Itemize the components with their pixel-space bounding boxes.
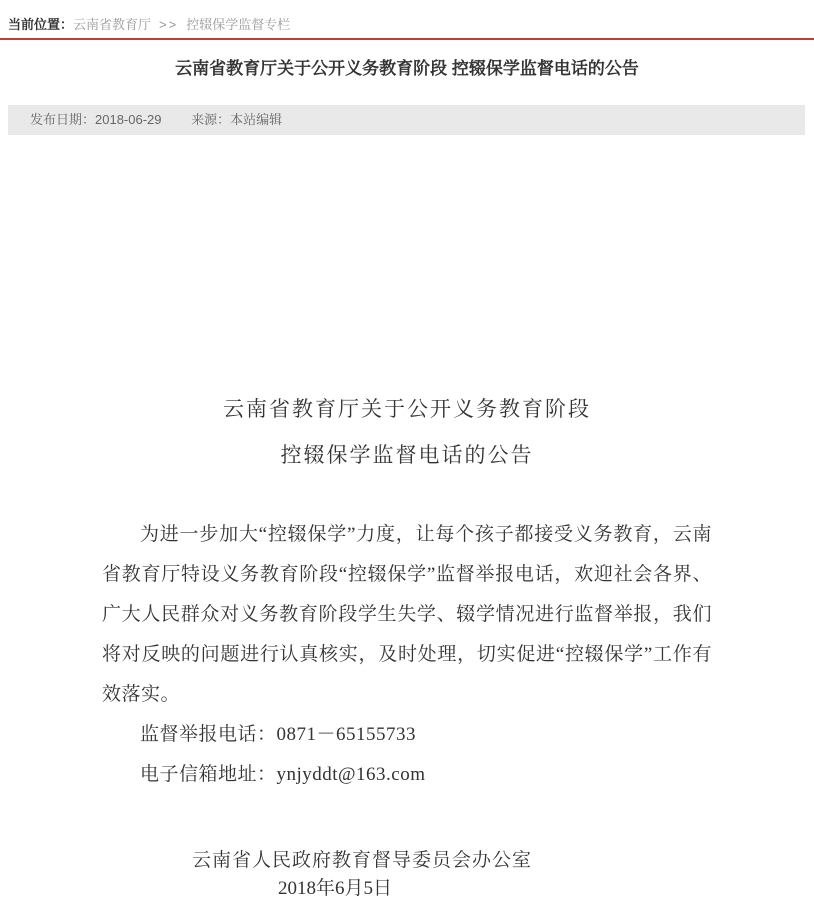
signature-block: 云南省人民政府教育督导委员会办公室 2018年6月5日 [102,847,712,897]
article-meta-bar: 发布日期：2018-06-29 来源：本站编辑 [8,105,805,135]
document-paragraph: 为进一步加大“控辍保学”力度，让每个孩子都接受义务教育，云南省教育厅特设义务教育… [102,515,712,715]
breadcrumb-separator: >> [159,17,178,32]
article-body: 云南省教育厅关于公开义务教育阶段 控辍保学监督电话的公告 为进一步加大“控辍保学… [102,393,712,897]
issue-date: 2018年6月5日 [30,875,640,897]
page-title: 云南省教育厅关于公开义务教育阶段 控辍保学监督电话的公告 [0,54,814,79]
breadcrumb-label: 当前位置： [8,17,73,32]
supervision-phone-line: 监督举报电话：0871－65155733 [102,715,712,755]
document-title-line2: 控辍保学监督电话的公告 [102,439,712,469]
breadcrumb: 当前位置：云南省教育厅>>控辍保学监督专栏 [0,0,814,40]
issuing-office: 云南省人民政府教育督导委员会办公室 [57,847,667,875]
breadcrumb-link-site[interactable]: 云南省教育厅 [73,17,151,32]
document-title-line1: 云南省教育厅关于公开义务教育阶段 [102,393,712,423]
breadcrumb-link-section[interactable]: 控辍保学监督专栏 [186,17,290,32]
publish-date: 发布日期：2018-06-29 [30,112,162,127]
email-address-line: 电子信箱地址：ynjyddt@163.com [102,755,712,795]
article-source: 来源：本站编辑 [191,112,282,127]
